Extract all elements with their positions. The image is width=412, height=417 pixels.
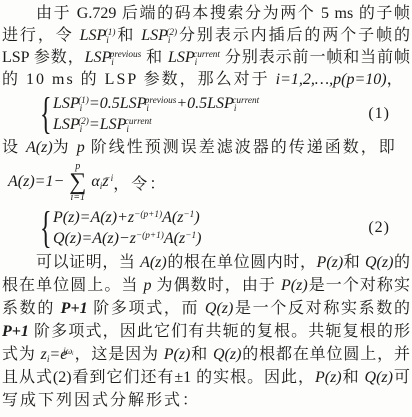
text-segment: LSP 参数， [2, 49, 85, 66]
math-segment: Q(z) [205, 300, 233, 317]
text-segment: 根在单位圆上。当 [2, 277, 144, 294]
text-segment: 阶线性预测误差滤波器的传递函数，即 [85, 139, 397, 156]
paper-page: 由于 G.729 后端的码本搜索分为两个 5 ms 的子帧 进行，令 LSPi(… [0, 0, 412, 412]
math-segment: P(z) [317, 254, 344, 271]
math-segment: P(z) [164, 346, 191, 363]
math-segment: P+1 [61, 300, 88, 317]
text-segment: 分别表示内插后的两个子帧的 [177, 27, 410, 44]
text-segment: 式为 [2, 346, 41, 363]
summation-symbol: p ∑ i=1 [69, 161, 86, 203]
text-segment: 的根在单位圆内时， [167, 254, 317, 271]
text-segment: 且从式(2)看到它们还有±1 的实根。因此， [2, 369, 315, 386]
text-line: 式为 zi=ejωᵢ，这是因为 P(z)和 Q(z)的根都在单位圆上，并 [2, 343, 410, 366]
text-segment: 为 [53, 139, 77, 156]
text-segment: ，这是因为 [74, 346, 164, 363]
math-segment: P(z)=A(z)+z−(p+1)A(z−1) [53, 207, 201, 228]
equation-rows: P(z)=A(z)+z−(p+1)A(z−1) Q(z)=A(z)−z−(p+1… [53, 207, 201, 249]
equation-rows: LSPi(1)=0.5LSPiprevious+0.5LSPicurrent L… [53, 93, 259, 135]
math-segment: LSPiprevious [85, 49, 142, 66]
math-segment: Q(z) [365, 369, 393, 386]
paragraph-1: 由于 G.729 后端的码本搜索分为两个 5 ms 的子帧 进行，令 LSPi(… [2, 3, 410, 91]
text-segment: 设 [2, 139, 26, 156]
math-segment: A(z) [26, 139, 53, 156]
text-segment: 由于 G.729 后端的码本搜索分为两个 5 ms 的子帧 [36, 5, 410, 22]
text-line: P+1 阶多项式，因此它们有共轭的复根。共轭复根的形 [2, 320, 410, 343]
math-segment: p [77, 139, 85, 156]
text-line: 进行，令 LSPi(1)和 LSPi(2)分别表示内插后的两个子帧的 [2, 25, 410, 47]
math-segment: Q(z) [213, 346, 241, 363]
math-segment: Q(z)=A(z)−z−(p+1)A(z−1) [53, 228, 201, 249]
text-segment: 为偶数时，由于 [152, 277, 282, 294]
math-segment: αiz−i [91, 173, 113, 191]
left-brace: { [40, 206, 47, 250]
text-segment: 可以证明，当 [36, 254, 140, 271]
text-segment: ， [387, 71, 405, 88]
text-segment: 的 10 ms 的 LSP 参数，那么对于 [2, 71, 276, 88]
math-segment: P(z) [281, 277, 308, 294]
text-segment: 和 [141, 49, 168, 66]
text-segment: 和 [343, 254, 365, 271]
text-segment: 分别表示前一帧和当前帧 [220, 49, 410, 66]
math-segment: p [144, 277, 152, 294]
text-line: 由于 G.729 后端的码本搜索分为两个 5 ms 的子帧 [2, 3, 410, 25]
sigma-icon: ∑ [69, 172, 86, 192]
text-segment: 和 [190, 346, 213, 363]
text-line: 且从式(2)看到它们还有±1 的实根。因此，P(z)和 Q(z)可 [2, 366, 410, 389]
text-line: 设 A(z)为 p 阶线性预测误差滤波器的传递函数，即 [2, 137, 410, 159]
text-segment: 是一个反对称实系数的 [233, 300, 410, 317]
text-line: 的 10 ms 的 LSP 参数，那么对于 i=1,2,…,p(p=10)， [2, 69, 410, 91]
text-line: 可以证明，当 A(z)的根在单位圆内时，P(z)和 Q(z)的 [2, 251, 410, 274]
math-segment: P+1 [2, 323, 29, 340]
text-line: 系数的 P+1 阶多项式，而 Q(z)是一个反对称实系数的 [2, 297, 410, 320]
math-segment: LSPi(1) [80, 27, 116, 44]
math-segment: LSPi(2) [141, 27, 177, 44]
math-segment: LSPicurrent [168, 49, 220, 66]
text-segment: 的 [393, 254, 410, 271]
text-line: LSP 参数，LSPiprevious 和 LSPicurrent 分别表示前一… [2, 47, 410, 69]
math-segment: LSPi(1)=0.5LSPiprevious+0.5LSPicurrent [53, 93, 259, 114]
text-line: 根在单位圆上。当 p 为偶数时，由于 P(z)是一个对称实 [2, 274, 410, 297]
math-segment: Q(z) [365, 254, 393, 271]
text-segment: 阶多项式，因此它们有共轭的复根。共轭复根的形 [29, 323, 410, 340]
equation-2: { P(z)=A(z)+z−(p+1)A(z−1) Q(z)=A(z)−z−(p… [40, 205, 410, 251]
text-segment: 写成下列因式分解形式： [2, 392, 200, 409]
math-segment: LSPi(2)=LSPicurrent [53, 114, 259, 135]
math-segment: A(z) [140, 254, 167, 271]
equation-1: { LSPi(1)=0.5LSPiprevious+0.5LSPicurrent… [40, 91, 410, 137]
text-segment: ，令： [113, 171, 167, 194]
sum-lower-limit: i=1 [71, 192, 86, 203]
equation-number: (1) [368, 105, 390, 123]
text-segment: 系数的 [2, 300, 61, 317]
text-segment: 是一个对称实 [308, 277, 410, 294]
text-segment: 阶多项式，而 [88, 300, 205, 317]
text-line: 写成下列因式分解形式： [2, 389, 410, 412]
paragraph-2: 可以证明，当 A(z)的根在单位圆内时，P(z)和 Q(z)的 根在单位圆上。当… [2, 251, 410, 412]
math-segment: P(z) [315, 369, 342, 386]
text-segment: 和 [342, 369, 365, 386]
text-segment: 和 [115, 27, 141, 44]
math-segment: i=1,2,…,p(p=10) [276, 71, 387, 88]
text-segment: 的根都在单位圆上，并 [241, 346, 410, 363]
math-segment: zi=ejωᵢ [41, 346, 74, 363]
text-segment: 可 [393, 369, 410, 386]
equation-a-of-z: A(z)=1− p ∑ i=1 αiz−i ，令： [8, 159, 410, 205]
text-segment: 进行，令 [2, 27, 80, 44]
left-brace: { [40, 92, 47, 136]
equation-number: (2) [368, 219, 390, 237]
math-segment: A(z)=1− [8, 173, 64, 191]
